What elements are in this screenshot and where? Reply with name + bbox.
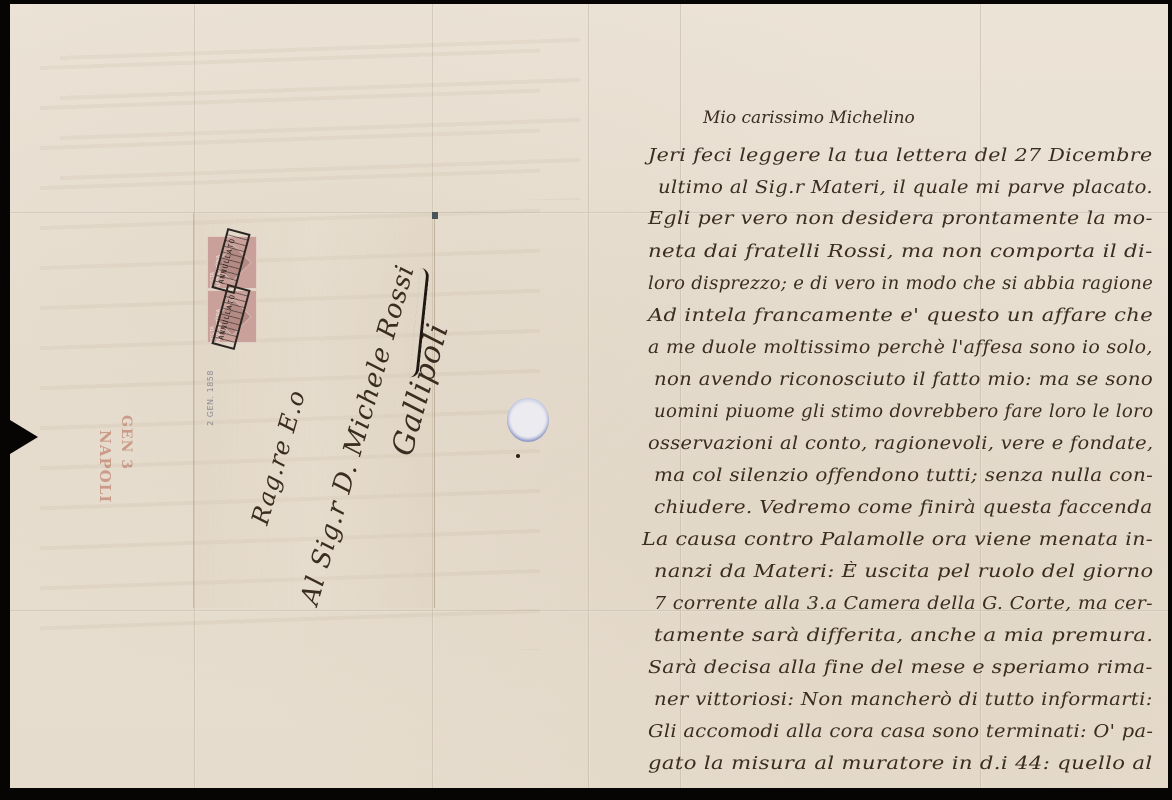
- wax-seal: [507, 398, 549, 442]
- ink-spot: [432, 212, 438, 219]
- show-through-writing: [60, 20, 580, 200]
- letter-line: Sarà decisa alla fine del mese e speriam…: [648, 658, 1153, 678]
- letter-line: La causa contro Palamolle ora viene mena…: [642, 530, 1153, 550]
- letter-line: tamente sarà differita, anche a mia prem…: [654, 626, 1153, 646]
- letter-line: Egli per vero non desidera prontamente l…: [648, 209, 1153, 229]
- letter-line: gato la misura al muratore in d.i 44: qu…: [648, 754, 1153, 774]
- ink-dot: [516, 454, 520, 458]
- red-postmark: GEN 3: [118, 415, 134, 470]
- letter-line: ultimo al Sig.r Materi, il quale mi parv…: [658, 178, 1153, 198]
- letter-line: uomini piuome gli stimo dovrebbero fare …: [654, 402, 1153, 422]
- letter-line: ner vittoriosi: Non mancherò di tutto in…: [654, 690, 1153, 710]
- letter-line: nanzi da Materi: È uscita pel ruolo del …: [654, 562, 1153, 582]
- stamp-pair: POSTA NAPOLETANA POSTA NAPOLETANA ANNULL…: [207, 236, 259, 346]
- letter-line: osservazioni al conto, ragionevoli, vere…: [648, 434, 1153, 454]
- torn-notch: [10, 420, 38, 454]
- letter-line: chiudere. Vedremo come finirà questa fac…: [654, 498, 1153, 518]
- letter-line: ma col silenzio offendono tutti; senza n…: [654, 466, 1153, 486]
- letter-line: Jeri feci leggere la tua lettera del 27 …: [648, 146, 1153, 166]
- salutation: Mio carissimo Michelino: [703, 108, 915, 128]
- letter-line: neta dai fratelli Rossi, ma non comporta…: [648, 242, 1153, 262]
- letter-line: Gli accomodi alla cora casa sono termina…: [648, 722, 1153, 742]
- fold-crease: [588, 4, 590, 788]
- letter-line: 7 corrente alla 3.a Camera della G. Cort…: [654, 594, 1153, 614]
- letter-line: loro disprezzo; e di vero in modo che si…: [648, 274, 1153, 294]
- letter-line: Ad intela francamente e' questo un affar…: [648, 306, 1153, 326]
- letter-line: non avendo riconosciuto il fatto mio: ma…: [654, 370, 1153, 390]
- letter-line: a me duole moltissimo perchè l'affesa so…: [648, 338, 1153, 358]
- date-postmark: 2 GEN. 1858: [206, 370, 215, 426]
- red-postmark: NAPOLI: [96, 430, 114, 503]
